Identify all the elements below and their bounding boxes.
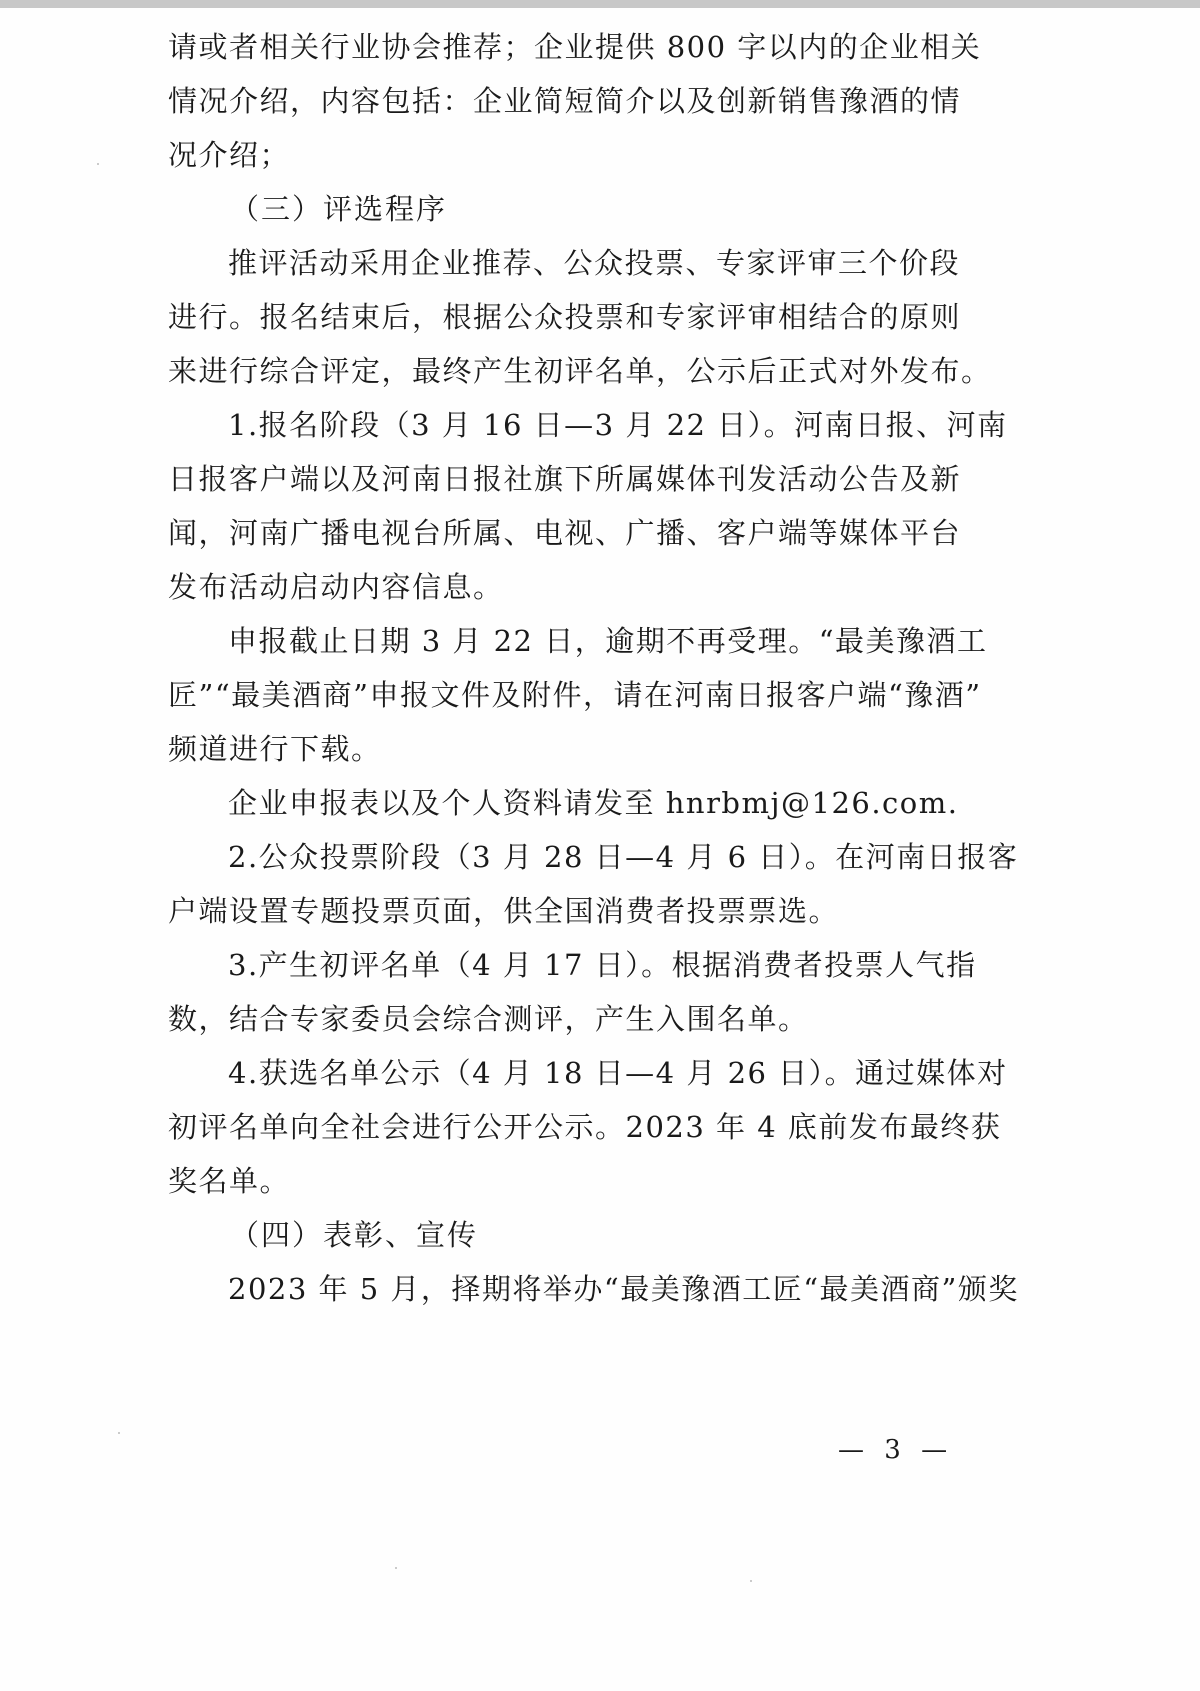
viewer-top-bar	[0, 0, 1200, 8]
scan-speck	[750, 1580, 752, 1582]
text-line: 奖名单。	[168, 1161, 933, 1201]
text-line: 请或者相关行业协会推荐；企业提供 800 字以内的企业相关	[168, 27, 933, 67]
text-line: 匠”“最美酒商”申报文件及附件，请在河南日报客户端“豫酒”	[168, 675, 933, 715]
text-line: 推评活动采用企业推荐、公众投票、专家评审三个价段	[228, 243, 933, 283]
section-heading-4: （四）表彰、宣传	[230, 1215, 478, 1255]
text-line: 频道进行下载。	[168, 729, 933, 769]
scan-speck	[97, 163, 99, 165]
scan-speck	[395, 1567, 397, 1569]
text-line: 初评名单向全社会进行公开公示。2023 年 4 底前发布最终获	[168, 1107, 933, 1147]
text-line: 闻，河南广播电视台所属、电视、广播、客户端等媒体平台	[168, 513, 933, 553]
text-line: 1.报名阶段（3 月 16 日—3 月 22 日）。河南日报、河南	[228, 405, 933, 445]
text-line: 户端设置专题投票页面，供全国消费者投票票选。	[168, 891, 933, 931]
text-line: 数，结合专家委员会综合测评，产生入围名单。	[168, 999, 933, 1039]
text-line: 发布活动启动内容信息。	[168, 567, 933, 607]
text-line: 3.产生初评名单（4 月 17 日）。根据消费者投票人气指	[228, 945, 933, 985]
email-line: 企业申报表以及个人资料请发至 hnrbmj@126.com.	[228, 783, 933, 823]
text-line: 2023 年 5 月，择期将举办“最美豫酒工匠“最美酒商”颁奖	[228, 1269, 933, 1309]
text-line: 申报截止日期 3 月 22 日，逾期不再受理。“最美豫酒工	[228, 621, 933, 661]
text-line: 2.公众投票阶段（3 月 28 日—4 月 6 日）。在河南日报客	[228, 837, 933, 877]
page-number: — 3 —	[838, 1432, 953, 1468]
text-line: 日报客户端以及河南日报社旗下所属媒体刊发活动公告及新	[168, 459, 933, 499]
section-heading-3: （三）评选程序	[230, 189, 447, 229]
text-line: 4.获选名单公示（4 月 18 日—4 月 26 日）。通过媒体对	[228, 1053, 933, 1093]
text-line: 来进行综合评定，最终产生初评名单，公示后正式对外发布。	[168, 351, 933, 391]
scan-speck	[118, 1432, 120, 1434]
text-line: 情况介绍，内容包括：企业简短简介以及创新销售豫酒的情	[168, 81, 933, 121]
text-line: 进行。报名结束后，根据公众投票和专家评审相结合的原则	[168, 297, 933, 337]
text-line: 况介绍；	[168, 135, 933, 175]
